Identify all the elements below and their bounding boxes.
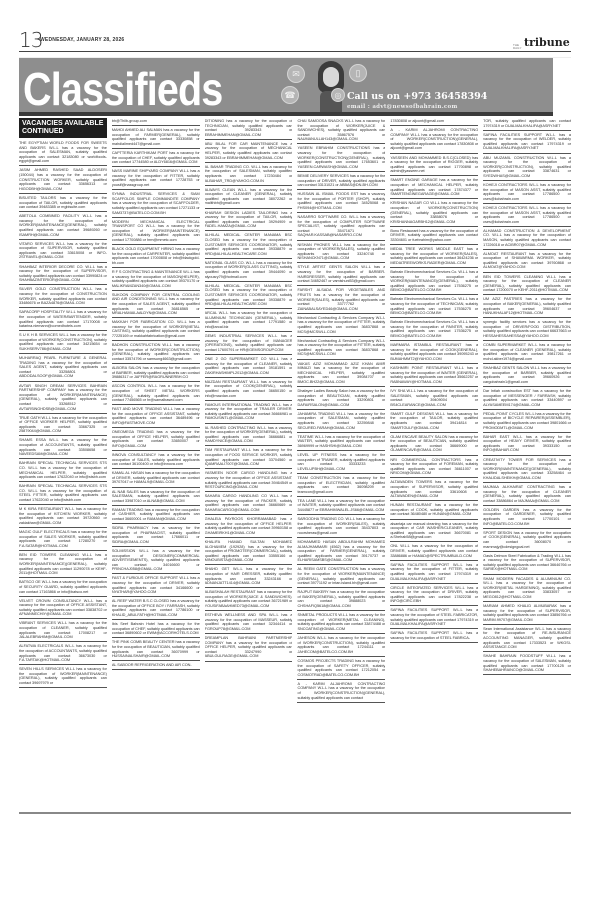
classified-ad: SAFINA FACILITIES SUPPORT W.L.L has a va…: [483, 132, 571, 154]
classified-ad: Bonu Restaurant has a vacancy for the oc…: [390, 228, 478, 245]
classified-ad: Mechanical Contracting & Services Compan…: [297, 315, 385, 337]
classified-ad: ARCAL W.L.L has a vacancy for the occupa…: [205, 310, 293, 332]
classified-ad: YASSEEN AND MOHAMMED B.S.C(CLOSED) has a…: [390, 155, 478, 177]
classified-ad: SHAMS ESSA W.L.L has a vacancy for the o…: [19, 437, 107, 459]
classified-ad: BAHRAIN SPECIAL TECHNICAL SERVICES STS C…: [19, 483, 107, 505]
classified-ad: BLACK GOLD EQUIPMENT HIRING has a vacanc…: [112, 246, 200, 268]
classified-ad: UM AZIZ PASTRIES has a vacancy for the o…: [483, 296, 571, 318]
classified-ad: YASMEEN NOOR CARGO HANDLING has a vacanc…: [205, 470, 293, 492]
column-4: CHAI SAMOOSA SNACKS W.L.L has a vacancy …: [297, 118, 385, 812]
classified-ad: VIBRANT SERVICES W.L.L has a vacancy for…: [19, 620, 107, 642]
call-us-phone[interactable]: Call us on +973 36458394: [347, 91, 487, 102]
classifieds-banner: Classifieds ✉ ☎ ▯ ◎ Call us on +973 3645…: [19, 58, 553, 116]
classified-ad: VAKAS AZIZ MOHAMMAD AZIZ KHAN AMIR MIMAZ…: [297, 361, 385, 387]
classified-ad: JAHESON W.L.L has a vacancy for the occu…: [297, 635, 385, 657]
classified-ad: SHAHE BAHRAIN FOODSTUFF W.L.L has a vaca…: [483, 653, 571, 675]
classified-ad: ALBORA SALON has a vacancy for the occup…: [112, 365, 200, 382]
classified-ad: ABU MUZAMIL CONSTRUCTION W.L.L has a vac…: [483, 155, 571, 181]
classified-ad: KOHEJI CONTRACTORS W.L.L has a vacancy f…: [483, 182, 571, 204]
classified-ad: A - KARIM ALJAHROMI CONTRACTING COMPANY …: [390, 127, 478, 153]
column-6: TOR, suitably qualified applicants can c…: [483, 118, 571, 812]
classified-ad: MAKKAH FOR FABRICATION CO. W.L.L has a v…: [112, 319, 200, 341]
classified-ad: VELVET CROWN CONSULTANCY W.L.L has a vac…: [19, 598, 107, 620]
classified-columns: VACANCIES AVAILABLE CONTINUED THE EGYPTI…: [19, 118, 571, 812]
classified-ad: S U K H B SERVICES W.L.L has a vacancy f…: [19, 332, 107, 354]
advert-email[interactable]: email : advt@newsofbahrain.com: [347, 104, 458, 110]
classified-ad: Oasis Delmon Steel Fabrication & Trading…: [483, 553, 571, 575]
classified-ad: AVTAR SINGH DREAM SERVICES BAHRAIN PARTN…: [19, 383, 107, 414]
classified-ad: COSMOS PROJECTS TRADING has a vacancy fo…: [297, 658, 385, 680]
phone-icon: ☎: [281, 86, 299, 104]
classified-ad: Mechanical Contracting & Services Compan…: [297, 338, 385, 360]
classified-ad: SIDRA PHARMACY has a vacancy for the occ…: [112, 525, 200, 547]
ad-list: 17830808 or aljcont@gmail.comA - KARIM A…: [390, 118, 478, 643]
classified-ad: CIRCLE INTEGRATED SERVICES W.L.L has a v…: [390, 585, 478, 607]
classified-ad: BATSCO OE W.L.L has a vacancy for the oc…: [19, 579, 107, 596]
ad-list: CHAI SAMOOSA SNACKS W.L.L has a vacancy …: [297, 118, 385, 703]
classified-ad: SMART ENGINE GARAGE has a vacancy for th…: [390, 177, 478, 199]
classified-ad: IVY SHA W.L.L has a vacancy for the occu…: [390, 388, 478, 410]
classified-ad: AL NAB SALES has a vacancy for the occup…: [112, 489, 200, 506]
classified-ad: RAJPUT BAKERY has a vacancy for the occu…: [297, 589, 385, 611]
classified-ad: TEATIME W.L.L has a vacancy for the occu…: [297, 434, 385, 451]
classified-ad: FAMOUS INTERNATIONAL TRADING W.L.L has a…: [205, 402, 293, 424]
classified-ad: synergic facility services has a vacancy…: [483, 319, 571, 341]
classified-ad: SAPACORP HOSPITALITY W.L.L has a vacancy…: [19, 309, 107, 331]
ad-list: DITIONING has a vacancy for the occupati…: [205, 118, 293, 662]
classified-ad: SOLMISSION W.L.L has a vacancy for the o…: [112, 548, 200, 574]
classified-ad: BEMIE DELIVERY SERVICES has a vacancy fo…: [297, 173, 385, 190]
page-date: WEDNESDAY, JANUARY 28, 2026: [40, 37, 124, 43]
mobile-icon: ▯: [349, 64, 367, 82]
classified-ad: JASIM AHMED RASHED SAAD ALDOSERI (150044…: [19, 167, 107, 193]
classified-ad: TOR, suitably qualified applicants can c…: [483, 118, 571, 131]
classified-ad: MAZDAN RESTAURANT W.L.L has a vacancy fo…: [205, 379, 293, 401]
classified-ad: KHALIFA HAMAD SULTAN MOHAMED ALGHAMEM (1…: [205, 539, 293, 565]
classified-ad: COMBI SUPERMARKET W.L.L has a vacancy fo…: [483, 342, 571, 364]
classified-ad: SHAM MODERN FACADES & ALUMINIUM CO. W.L.…: [483, 576, 571, 602]
classified-ad: CHAI SAMOOSA SNACKS W.L.L has a vacancy …: [297, 118, 385, 144]
classified-ad: GEMS INDUSTRIAL SERVICES W.L.L has a vac…: [205, 333, 293, 355]
footer-divider: [19, 812, 571, 814]
classified-ad: ALMOAT RESTAURANT has a vacancy for the …: [483, 251, 571, 273]
classified-ad: SHAHD GET W.L.L has a vacancy for the oc…: [205, 566, 293, 588]
classified-ad: GOLDEN GARDEN has a vacancy for the occu…: [483, 507, 571, 529]
classified-ad: KOHEJI CONTRACTORS W.L.L has a vacancy f…: [483, 205, 571, 227]
classified-ad: Dhafayer Ladies Beauty Salon has a vacan…: [297, 388, 385, 410]
classified-ad: ALTAWADEN TOWERS has a vacancy for the o…: [390, 479, 478, 501]
classified-ad: RAMAN TRADING has a vacancy for the occu…: [112, 507, 200, 524]
classified-ad: INNOVA CONSULTANCY has a vacancy for the…: [112, 452, 200, 469]
classified-ad: BADHON CONSTRUCTION W.L.L has a vacancy …: [112, 342, 200, 364]
classified-ad: PEDAL POINT CYCLES W.L.L has a vacancy f…: [483, 411, 571, 433]
classified-ad: SUKOON COMPANY FOR CENTRAL COOLING AND A…: [112, 292, 200, 318]
classified-ad: LEVEL UP FITNESS has a vacancy for the o…: [297, 452, 385, 474]
classified-ad: MARMARA ISTANBUL RESTAURANT has a vacanc…: [390, 342, 478, 364]
classified-ad: GHALEIA PAYROOS KHORRAMABAD has a vacanc…: [205, 516, 293, 538]
classified-ad: HUSSAIN AL ISMAIL FOODS EST has a vacanc…: [297, 191, 385, 213]
classified-ad: SILVER GOLD CONSTRUCTION W.L.L has a vac…: [19, 286, 107, 308]
classified-ad: Bahrain Electromechanical Services Co. W…: [390, 296, 478, 318]
classified-ad: Sean International Assistance W.L.L has …: [483, 626, 571, 652]
classified-ad: NATIONAL GLASS CO. W.L.L has a vacancy f…: [205, 260, 293, 282]
section-heading: VACANCIES AVAILABLE CONTINUED: [19, 118, 107, 138]
logo-small-text: THE DAILY: [513, 44, 523, 50]
classified-ad: SNMETAL PRODUCTS W.L.L has a vacancy for…: [297, 612, 385, 634]
classified-ad: SARGODHA TRADING CO. W.L.L has a vacancy…: [297, 516, 385, 538]
classified-ad: Bahrain Electromechanical Services Co. W…: [390, 269, 478, 295]
classified-ad: MARIAM AHMED KHALID ALMUBARAK has a vaca…: [483, 603, 571, 625]
classified-ad: SYNNA INDUSTRIAL SERVICES & SIAM SCAFFOL…: [112, 191, 200, 217]
header-divider: [271, 51, 571, 52]
classified-ad: Dar Intiah construction EST has a vacanc…: [483, 388, 571, 410]
classified-ad: ALHILAL MEDICAL CENTER MANAMA BSC CLOSED…: [205, 283, 293, 309]
classified-ad: AL BAHAR TRADING CO. W.L.L has a vacancy…: [205, 164, 293, 186]
column-1: VACANCIES AVAILABLE CONTINUED THE EGYPTI…: [19, 118, 107, 812]
page-number: 13: [19, 28, 42, 52]
classified-ad: AL SABOOR REFRIGERATION AND AIR CON-: [112, 662, 200, 670]
globe-icon: ◎: [331, 88, 345, 102]
classified-ad: R F S CONTRACTING & MAINTENANCE W.L.L ha…: [112, 269, 200, 291]
classified-ad: MAJMAA ALKHAIRAT CONTRACTING has a vacan…: [483, 484, 571, 506]
email-icon: ✉: [287, 65, 305, 83]
classified-ad: ONL W.L.L has a vacancy for the occupati…: [390, 543, 478, 560]
classified-ad: SHAHBAZ INTERIOR DECORE CO. W.L.L has a …: [19, 264, 107, 286]
classified-ad: AL RASHED CONTRACTING W.L.L has a vacanc…: [205, 425, 293, 447]
ad-list: bh@Thilb-group.comMAHDI AHMED ALI SALMAN…: [112, 118, 200, 670]
classified-ad: FARSHT ALSADA FOR VEGETABLES AND FRUITS …: [297, 287, 385, 313]
newspaper-logo[interactable]: THE DAILY tribune: [513, 36, 570, 50]
column-3: DITIONING has a vacancy for the occupati…: [205, 118, 293, 812]
classified-ad: SPORT DESIGN has a vacancy for the occup…: [483, 530, 571, 552]
ad-list: TOR, suitably qualified applicants can c…: [483, 118, 571, 675]
classified-ad: HUNAN RESTAURANT has a vacancy for the o…: [390, 502, 478, 519]
classified-ad: FAST & FURIOUS OFFICE SUPPORT W.L.L has …: [112, 575, 200, 597]
classified-ad: YASEEN EBRAHIM CONSTRUCTIONS has a vacan…: [297, 145, 385, 171]
classified-ad: ALHILAL MEDICAL CENTER MANAMA BSC CLOSED…: [205, 232, 293, 258]
classified-ad: SHAHBAZ GENTS SALON W.L.L has a vacancy …: [483, 365, 571, 387]
classified-ad: M K KIRA RESTAURANT W.L.L has a vacancy …: [19, 506, 107, 528]
classified-ad: A - KARIM ALJAHROMI CONTRACTING COMPANY …: [297, 681, 385, 703]
classified-ad: SEVEN HILLS SERVICES W.L.L has a vacancy…: [19, 666, 107, 688]
classified-ad: SAHARA CARGO HANDLING CO W.L.L has a vac…: [205, 493, 293, 515]
classified-ad: GLAM ENCAVE BEAUTY SALON has a vacancy f…: [390, 434, 478, 456]
classified-ad: NASARRO SOFTWARE CO. W.L.L has a vacancy…: [297, 214, 385, 240]
ad-list: THE EGYPTIAN WORLD FOODS FOR SWEETS AND …: [19, 140, 107, 688]
classified-ad: DREAMPLAN BAHRAINI PARTNERSHIP COMPANY h…: [205, 635, 293, 661]
classified-ad: SAFINA FACILITIES SUPPORT W.L.L has a va…: [390, 630, 478, 643]
classified-ad: MEDIA TREE WORKS MIDDLE EAST has a vacan…: [390, 246, 478, 268]
classified-ad: ABETOLA COMBINED FACILITY W.L.L has a va…: [19, 213, 107, 239]
classified-ad: AL REEF WATER B.S.C CLOSED has a vacancy…: [112, 598, 200, 620]
classified-ad: ONEOMEGA TRADING has a vacancy for the o…: [112, 429, 200, 451]
classified-ad: JAHAMIRA TRADING W.L.L has a vacancy for…: [297, 411, 385, 433]
classified-ad: ASCON CONTROL W.L.L has a vacancy for th…: [112, 383, 200, 405]
classified-ad: AL REEM GATE CONSTRUCTION has a vacancy …: [297, 566, 385, 588]
classified-ad: Ibis Seef Bahrain Hotel has a vacancy fo…: [112, 621, 200, 638]
classified-ad: ABU BILAL FOR CAR MAINTENANCE has a vaca…: [205, 141, 293, 163]
classified-ad: SMART GULF DESIGNS W.L.L has a vacancy f…: [390, 411, 478, 433]
classified-ad: ALBASHALAH RESTAURANT has a vacancy for …: [205, 589, 293, 611]
classified-ad: BEN EID TOWERS CLEANING W.L.L has a vaca…: [483, 274, 571, 296]
classified-ad: KAMAL AL HASAN has a vacancy for the occ…: [112, 470, 200, 487]
classified-ad: MODERN MECHANICAL ELECTRICAL TRANSPORT C…: [112, 219, 200, 245]
classified-ad: Bahrain Electromechanical Services Co. W…: [390, 319, 478, 341]
classified-ad: NASS MARINE SHIPYARD COMPANY W.L.L has a…: [112, 168, 200, 190]
classified-ad: MAGIC GULF ELECTRICALS has a vacancy for…: [19, 529, 107, 551]
classified-ad: NISHAN PHONES W.L.L has a vacancy for th…: [297, 242, 385, 264]
classified-ad: SAFINA FACILITIES SUPPORT W.L.L has a va…: [390, 562, 478, 584]
classified-ad: KRISHAN NAGAR CO W.L.L has a vacancy for…: [390, 200, 478, 226]
classified-ad: THE PINK COMB BEAUTY CENTER has a vacanc…: [112, 639, 200, 661]
classified-ad: MOHAMMED HASAN ABDULRAHIM MOHAMED ALMAJH…: [297, 539, 385, 565]
page-header: 13 WEDNESDAY, JANUARY 28, 2026: [19, 28, 271, 50]
classified-ad: KHAIRAH DESIGN LADIES TAILORING has a va…: [205, 210, 293, 232]
classified-ad: STYLE ARTIST GENTS SALON W.L.L has a vac…: [297, 264, 385, 286]
classified-ad: THE EGYPTIAN WORLD FOODS FOR SWEETS AND …: [19, 140, 107, 166]
column-2: bh@Thilb-group.comMAHDI AHMED ALI SALMAN…: [112, 118, 200, 812]
classified-ad: ALFATWA ELECTRICALS W.L.L has a vacancy …: [19, 643, 107, 665]
classified-ad: SAFINA FACILITIES SUPPORT W.L.L has a va…: [390, 607, 478, 629]
classified-ad: MUHARRAQ PEARL FURNITURE & GENERAL TRADI…: [19, 355, 107, 381]
classified-ad: BEN EID TOWERS CLEANING W.L.L has a vaca…: [19, 552, 107, 578]
classified-ad: KASHMIRI POINT RESTAURANT W.L.L has a va…: [390, 365, 478, 387]
classified-ad: TEAM CONSTRUCTION has a vacancy for the …: [297, 475, 385, 497]
classified-ad: DITIONING has a vacancy for the occupati…: [205, 118, 293, 140]
classified-ad: alsantaja car manual cleaning has a vaca…: [390, 521, 478, 543]
classified-ad: BISUITED TAILORS has a vacancy for the o…: [19, 195, 107, 212]
classified-ad: CAPTTERIA KARTHIKAM PORT has a vacancy f…: [112, 150, 200, 167]
header-divider: [19, 51, 271, 52]
classified-ad: BAHRAIN SPECIAL TECHNICAL SERVICES STS C…: [19, 460, 107, 482]
column-5: 17830808 or aljcont@gmail.comA - KARIM A…: [390, 118, 478, 812]
classified-ad: ALWAYS CLEAN W.L.L has a vacancy for the…: [205, 187, 293, 209]
classified-ad: bh@Thilb-group.com: [112, 118, 200, 126]
classified-ad: NRI COMMERCIAL CONTRACTORS has a vacancy…: [390, 457, 478, 479]
classified-ad: TEA LANE W.L.L has a vacancy for the occ…: [297, 498, 385, 515]
classified-ad: FAST AND MOVE TRADING W.L.L has a vacanc…: [112, 406, 200, 428]
classified-ad: MAHDI AHMED ALI SALMAN has a vacancy for…: [112, 127, 200, 149]
classified-ad: VITARO SERVICES W.L.L has a vacancy for …: [19, 241, 107, 263]
classified-ad: TRUE OATH W.L.L has a vacancy for the oc…: [19, 415, 107, 437]
classified-ad: ALHAMAD CONSTRUCTION & DEVELOPMENT CO. W…: [483, 228, 571, 250]
banner-title: Classifieds: [23, 62, 222, 116]
classified-ad: TAM RESTAURANT W.L.L has a vacancy for t…: [205, 447, 293, 469]
logo-wordmark: tribune: [524, 36, 570, 49]
classified-ad: CREATIVITY TOWER FOR SERVICES has a vaca…: [483, 457, 571, 483]
classified-ad: ESTHEVA WELLNESS AND SPA W.L.L has a vac…: [205, 612, 293, 634]
classified-ad: 17830808 or aljcont@gmail.com: [390, 118, 478, 126]
banner-bottom-bar: [19, 112, 553, 116]
classified-ad: BAHAR EAST W.L.L has a vacancy for the o…: [483, 434, 571, 456]
classified-ad: ONE 2 GO SUPERMARKET CO W.L.L has a vaca…: [205, 356, 293, 378]
